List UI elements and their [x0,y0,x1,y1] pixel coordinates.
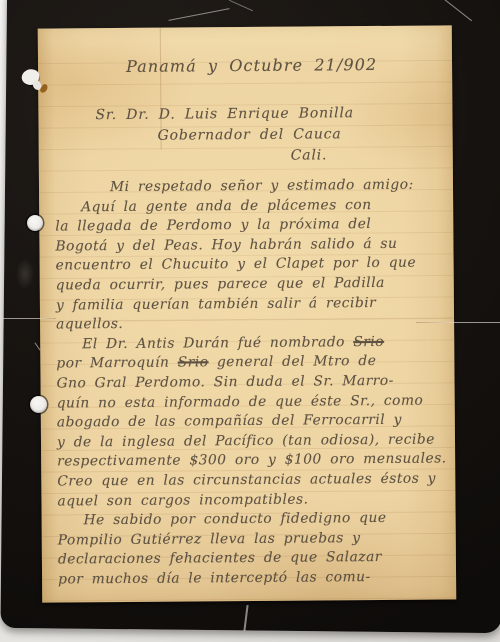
struck-word: Srio [353,334,384,350]
mat-crack-left [0,318,56,319]
handwritten-line: Gno Gral Perdomo. Sin duda el Sr. Marro- [56,371,450,394]
letter-salutation: Mi respetado señor y estimado amigo: [55,175,449,198]
handwritten-line: encuentro el Chucuito y el Clapet por lo… [56,254,450,277]
recipient-title: Gobernador del Cauca [158,126,342,143]
punch-hole-top [27,215,43,231]
handwritten-line: por muchos día le interceptó las comu- [58,567,452,590]
mat-crack-right [416,322,500,323]
photo-backdrop: Panamá y Octubre 21/902 Sr. Dr. D. Luis … [0,0,500,642]
recipient-name: Sr. Dr. D. Luis Enrique Bonilla [95,105,354,123]
letter-paper: Panamá y Octubre 21/902 Sr. Dr. D. Luis … [38,25,456,602]
paragraph: Aquí la gente anda de plácemes conla lle… [55,195,450,335]
handwritten-line: Creo que en las circunstancias actuales … [57,469,451,492]
letter-dateline: Panamá y Octubre 21/902 [126,55,377,76]
paragraph: He sabido por conducto fidedigno quePomp… [58,508,453,589]
punch-hole-bottom [30,396,47,413]
handwritten-line: abogado de las compañías del Ferrocarril… [57,411,451,434]
recipient-city: Cali. [291,147,328,163]
struck-word: Srio [178,355,209,371]
paragraph: El Dr. Antis Durán fué nombrado Sriopor … [56,332,451,511]
mat-smudge [12,252,38,296]
letter-body: Mi respetado señor y estimado amigo: Aqu… [55,175,452,590]
